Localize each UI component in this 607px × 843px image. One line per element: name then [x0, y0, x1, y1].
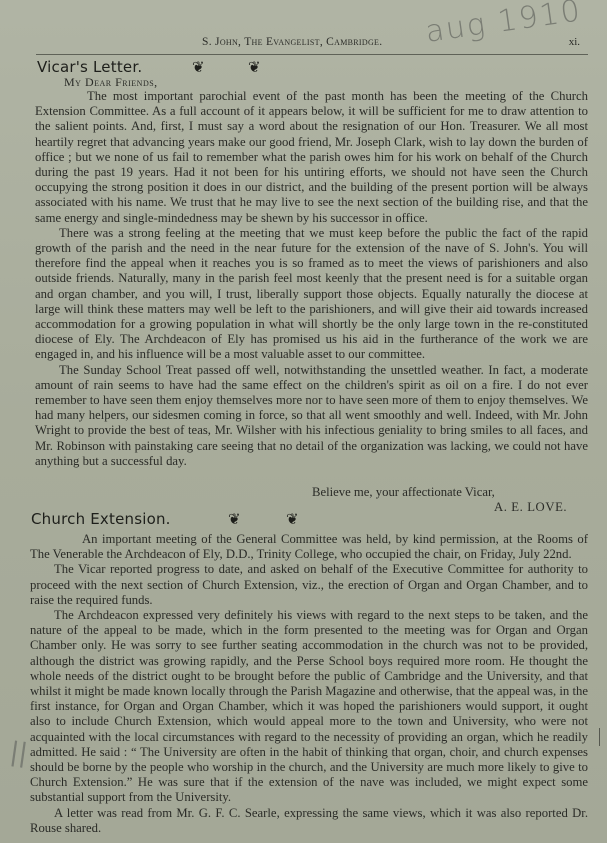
article-paragraph: A letter was read from Mr. G. F. C. Sear…: [30, 806, 588, 836]
vicars-letter-heading: Vicar's Letter.: [37, 58, 142, 76]
church-extension-body: An important meeting of the General Comm…: [30, 532, 588, 836]
letter-signature: A. E. LOVE.: [494, 500, 567, 515]
page-number: xi.: [569, 36, 580, 48]
handwritten-margin-mark: ||: [8, 737, 30, 769]
floral-ornament-icon: ❦: [192, 58, 205, 77]
article-paragraph: The Vicar reported progress to date, and…: [30, 562, 588, 608]
floral-ornament-icon: ❦: [248, 58, 261, 77]
letter-closing: Believe me, your affectionate Vicar,: [312, 485, 495, 500]
church-extension-heading: Church Extension.: [31, 510, 171, 528]
salutation: My Dear Friends,: [64, 75, 158, 90]
article-paragraph: The Archdeacon expressed very definitely…: [30, 608, 588, 806]
margin-rule: [599, 728, 600, 746]
letter-paragraph: There was a strong feeling at the meetin…: [35, 226, 588, 363]
article-paragraph: An important meeting of the General Comm…: [30, 532, 588, 562]
magazine-page: S. John, The Evangelist, Cambridge. xi. …: [0, 0, 607, 843]
publication-title: S. John, The Evangelist, Cambridge.: [202, 36, 382, 48]
floral-ornament-icon: ❦: [228, 510, 241, 529]
letter-paragraph: The most important parochial event of th…: [35, 89, 588, 226]
floral-ornament-icon: ❦: [286, 510, 299, 529]
vicars-letter-body: The most important parochial event of th…: [35, 89, 588, 469]
letter-paragraph: The Sunday School Treat passed off well,…: [35, 363, 588, 469]
